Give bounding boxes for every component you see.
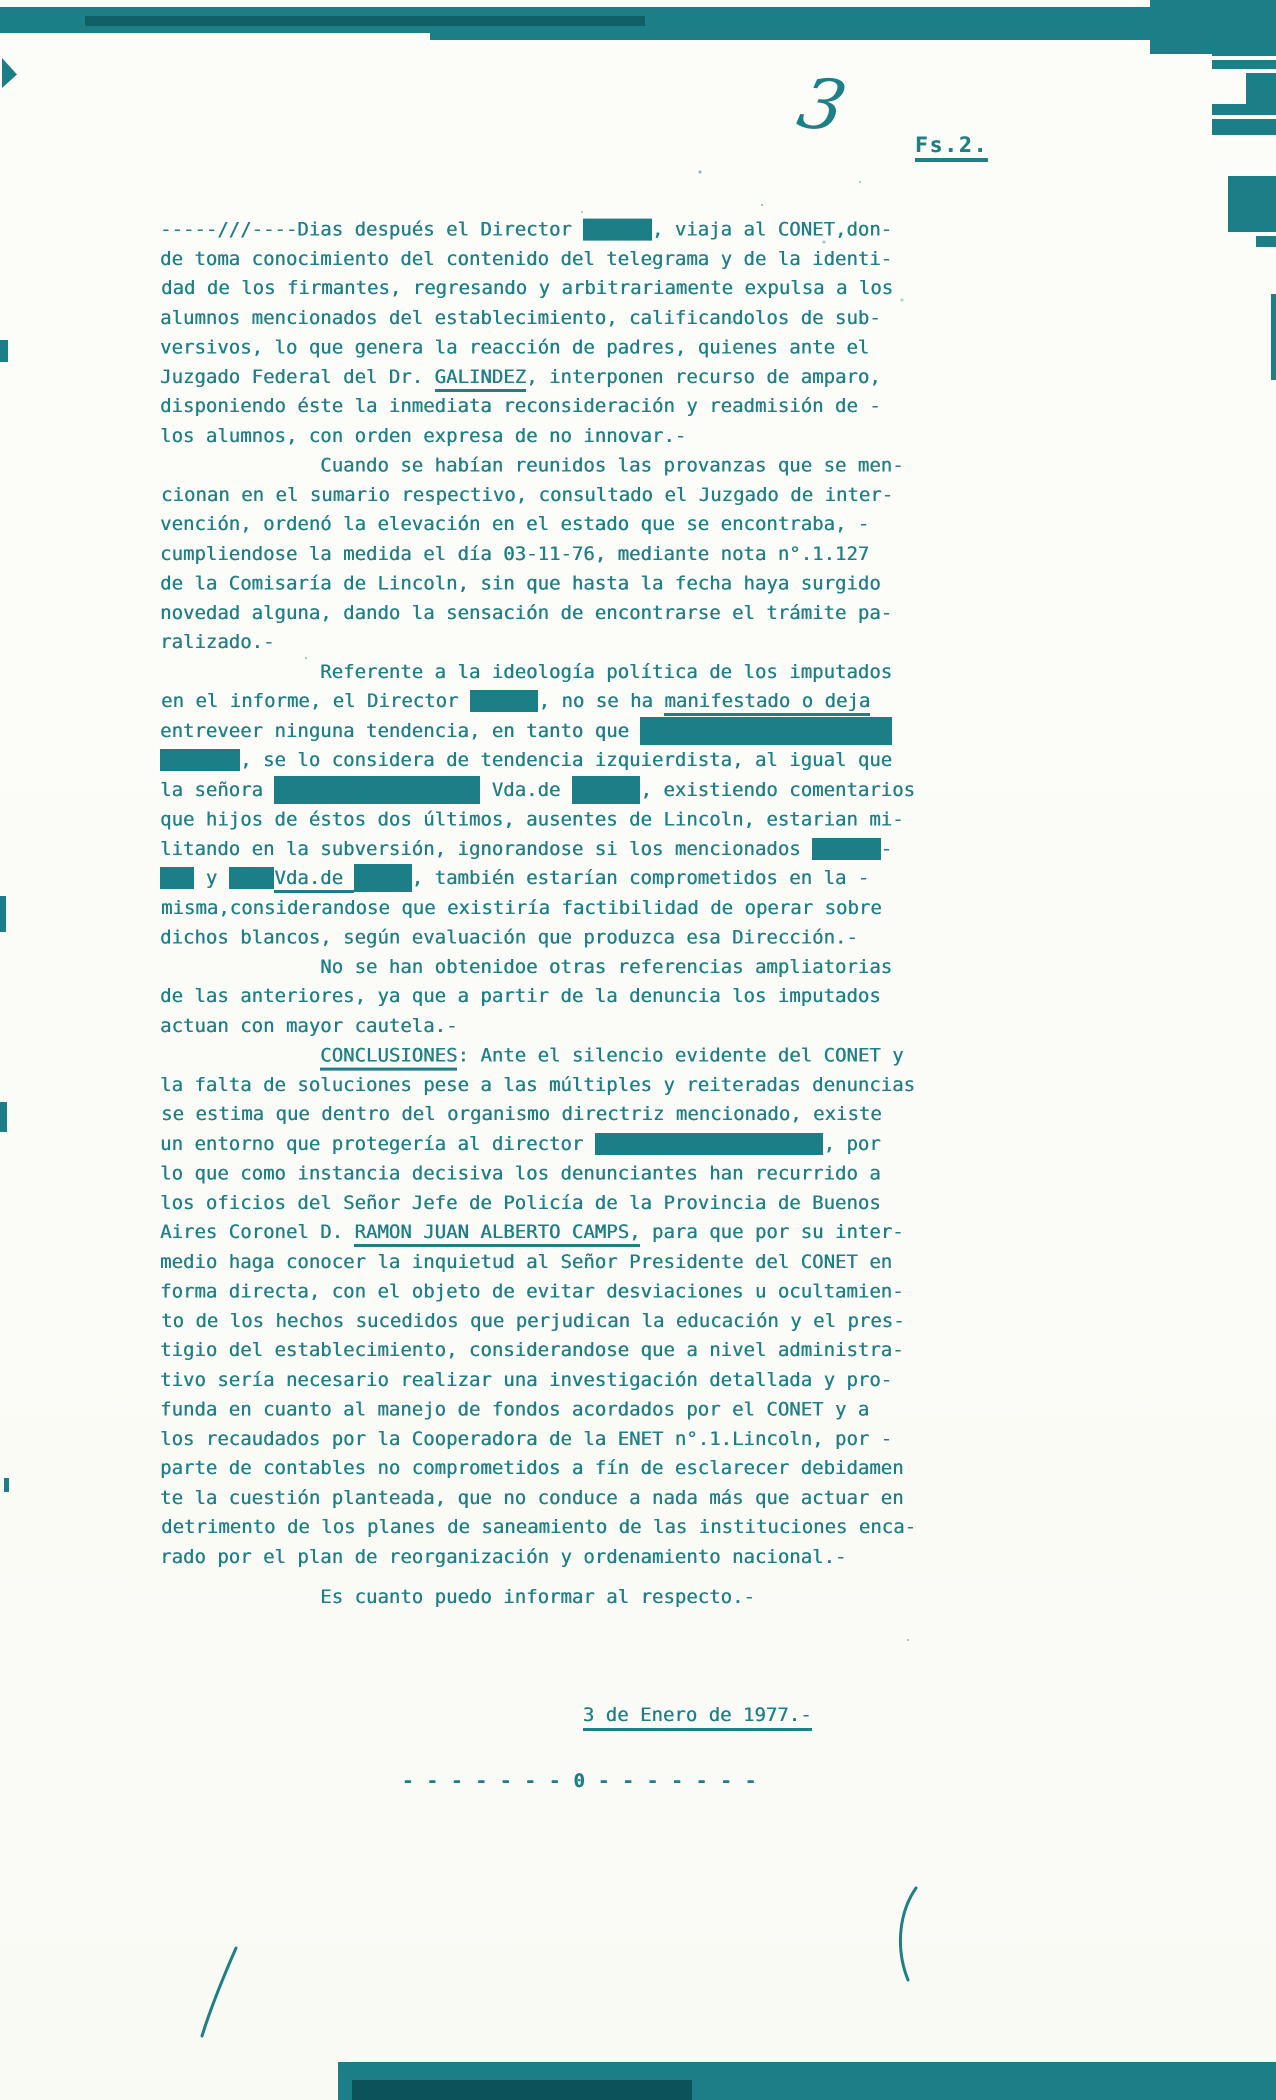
- text-line: se estima que dentro del organismo direc…: [161, 1100, 951, 1130]
- text-segment: tivo sería necesario realizar una invest…: [160, 1369, 892, 1391]
- text-line: Aires Coronel D. RAMON JUAN ALBERTO CAMP…: [160, 1218, 950, 1248]
- text-line: misma,considerandose que existiría facti…: [161, 894, 951, 924]
- document-body: -----///----Dias después el Director , v…: [160, 215, 950, 1572]
- text-segment: detrimento de los planes de saneamiento …: [161, 1516, 916, 1538]
- text-line: de las anteriores, ya que a partir de la…: [160, 982, 950, 1012]
- redaction-bar: [812, 838, 881, 860]
- text-line: No se han obtenidoe otras referencias am…: [160, 953, 950, 983]
- text-segment: te la cuestión planteada, que no conduce…: [160, 1487, 904, 1509]
- text-line: litando en la subversión, ignorandose si…: [160, 835, 950, 865]
- date-line: 3 de Enero de 1977.-: [537, 1671, 812, 1760]
- redaction-bar: [229, 867, 275, 889]
- text-segment: Cuando se habían reunidos las provanzas …: [160, 455, 904, 477]
- text-segment: disponiendo éste la inmediata reconsider…: [160, 395, 881, 417]
- text-line: rado por el plan de reorganización y ord…: [160, 1543, 950, 1573]
- text-segment: Vda.de: [480, 779, 572, 801]
- text-segment: alumnos mencionados del establecimiento,…: [160, 307, 881, 329]
- text-segment: , también estarían comprometidos en la -: [412, 867, 870, 889]
- text-segment: la señora: [160, 779, 274, 801]
- text-line: forma directa, con el objeto de evitar d…: [160, 1278, 950, 1308]
- text-segment: , se lo considera de tendencia izquierdi…: [240, 749, 892, 771]
- text-segment: de las anteriores, ya que a partir de la…: [160, 985, 881, 1007]
- text-segment: Vda.de: [274, 867, 354, 893]
- text-segment: actuan con mayor cautela.-: [160, 1015, 457, 1037]
- text-line: de toma conocimiento del contenido del t…: [160, 245, 950, 275]
- text-line: dichos blancos, según evaluación que pro…: [160, 924, 950, 954]
- text-line: cionan en el sumario respectivo, consult…: [161, 481, 951, 511]
- text-segment: Aires Coronel D.: [160, 1221, 354, 1243]
- handwritten-slash-mark: [196, 1944, 240, 2040]
- text-line: tigio del establecimiento, considerandos…: [160, 1336, 950, 1366]
- text-segment: manifestado o deja: [664, 690, 870, 716]
- text-segment: medio haga conocer la inquietud al Señor…: [160, 1251, 892, 1273]
- text-line: actuan con mayor cautela.-: [160, 1012, 950, 1042]
- redaction-bar: [274, 776, 480, 804]
- text-segment: : Ante el silencio evidente del CONET y: [457, 1045, 903, 1067]
- text-segment: los oficios del Señor Jefe de Policía de…: [160, 1192, 881, 1214]
- text-line: entreveer ninguna tendencia, en tanto qu…: [160, 717, 950, 747]
- text-segment: los recaudados por la Cooperadora de la …: [160, 1428, 892, 1450]
- text-segment: ralizado.-: [160, 631, 274, 653]
- text-segment: litando en la subversión, ignorandose si…: [160, 838, 812, 860]
- text-segment: -----///----Dias después el Director: [160, 219, 583, 241]
- text-line: ralizado.-: [160, 628, 950, 658]
- text-line: y Vda.de , también estarían comprometido…: [160, 864, 950, 894]
- text-line: disponiendo éste la inmediata reconsider…: [160, 392, 950, 422]
- text-line: funda en cuanto al manejo de fondos acor…: [160, 1396, 950, 1426]
- text-segment: los alumnos, con orden expresa de no inn…: [160, 425, 686, 447]
- text-segment: de la Comisaría de Lincoln, sin que hast…: [160, 573, 881, 595]
- text-line: novedad alguna, dando la sensación de en…: [160, 599, 950, 629]
- text-line: Referente a la ideología política de los…: [160, 658, 950, 688]
- text-line: CONCLUSIONES: Ante el silencio evidente …: [160, 1042, 950, 1072]
- text-segment: dad de los firmantes, regresando y arbit…: [161, 277, 893, 299]
- text-segment: para que por su inter-: [640, 1221, 903, 1243]
- redaction-bar: [572, 776, 641, 804]
- text-line: Juzgado Federal del Dr. GALINDEZ, interp…: [160, 363, 950, 393]
- text-segment: Juzgado Federal del Dr.: [160, 366, 435, 388]
- text-line: lo que como instancia decisiva los denun…: [160, 1160, 950, 1190]
- text-line: la señora Vda.de , existiendo comentario…: [160, 776, 950, 806]
- text-segment: entreveer ninguna tendencia, en tanto qu…: [160, 720, 640, 742]
- text-line: los oficios del Señor Jefe de Policía de…: [160, 1189, 950, 1219]
- date-text: 3 de Enero de 1977.-: [583, 1704, 812, 1731]
- folio-label: Fs.2.: [915, 133, 988, 162]
- text-segment: -: [881, 838, 892, 860]
- redaction-bar: [470, 690, 539, 712]
- text-segment: dichos blancos, según evaluación que pro…: [160, 927, 858, 949]
- text-segment: se estima que dentro del organismo direc…: [161, 1103, 882, 1125]
- text-segment: funda en cuanto al manejo de fondos acor…: [160, 1399, 869, 1421]
- text-line: , se lo considera de tendencia izquierdi…: [160, 746, 950, 776]
- text-line: un entorno que protegería al director , …: [160, 1130, 950, 1160]
- text-line: versivos, lo que genera la reacción de p…: [160, 334, 950, 364]
- text-line: alumnos mencionados del establecimiento,…: [160, 304, 950, 334]
- text-segment: rado por el plan de reorganización y ord…: [160, 1546, 846, 1568]
- text-segment: GALINDEZ: [435, 366, 527, 392]
- text-segment: parte de contables no comprometidos a fí…: [160, 1457, 904, 1479]
- text-segment: que hijos de éstos dos últimos, ausentes…: [160, 809, 904, 831]
- text-segment: novedad alguna, dando la sensación de en…: [160, 602, 892, 624]
- redaction-bar: [583, 219, 652, 241]
- text-segment: y: [194, 867, 228, 889]
- text-segment: , viaja al CONET,don-: [652, 219, 892, 241]
- text-line: cumpliendose la medida el día 03-11-76, …: [160, 540, 950, 570]
- text-segment: , existiendo comentarios: [640, 779, 915, 801]
- text-segment: forma directa, con el objeto de evitar d…: [160, 1281, 904, 1303]
- redaction-bar: [160, 867, 194, 889]
- text-segment: vención, ordenó la elevación en el estad…: [160, 513, 869, 535]
- redaction-bar: [160, 749, 240, 771]
- text-segment: [160, 1045, 320, 1067]
- text-line: dad de los firmantes, regresando y arbit…: [161, 274, 951, 304]
- text-segment: , interponen recurso de amparo,: [526, 366, 881, 388]
- text-line: que hijos de éstos dos últimos, ausentes…: [160, 806, 950, 836]
- text-segment: , no se ha: [538, 690, 664, 712]
- text-segment: tigio del establecimiento, considerandos…: [160, 1339, 904, 1361]
- text-segment: No se han obtenidoe otras referencias am…: [160, 956, 892, 978]
- text-segment: la falta de soluciones pese a las múltip…: [160, 1074, 915, 1096]
- text-line: tivo sería necesario realizar una invest…: [160, 1366, 950, 1396]
- text-segment: , por: [823, 1133, 880, 1155]
- text-line: los recaudados por la Cooperadora de la …: [160, 1425, 950, 1455]
- separator-line: - - - - - - - 0 - - - - - - -: [402, 1770, 757, 1792]
- redaction-bar: [354, 864, 411, 892]
- text-line: to de los hechos sucedidos que perjudica…: [161, 1307, 951, 1337]
- text-segment: misma,considerandose que existiría facti…: [161, 897, 882, 919]
- text-segment: de toma conocimiento del contenido del t…: [160, 248, 892, 270]
- text-segment: versivos, lo que genera la reacción de p…: [160, 337, 869, 359]
- text-line: parte de contables no comprometidos a fí…: [160, 1454, 950, 1484]
- text-line: la falta de soluciones pese a las múltip…: [160, 1071, 950, 1101]
- text-segment: RAMON JUAN ALBERTO CAMPS,: [354, 1221, 640, 1247]
- text-line: en el informe, el Director , no se ha ma…: [161, 687, 951, 717]
- text-line: detrimento de los planes de saneamiento …: [161, 1513, 951, 1543]
- text-segment: to de los hechos sucedidos que perjudica…: [161, 1310, 905, 1332]
- text-line: te la cuestión planteada, que no conduce…: [160, 1484, 950, 1514]
- redaction-bar: [640, 717, 892, 745]
- text-segment: CONCLUSIONES: [320, 1045, 457, 1071]
- text-line: de la Comisaría de Lincoln, sin que hast…: [160, 570, 950, 600]
- document-page: Fs.2. 3 -----///----Dias después el Dire…: [0, 0, 1276, 2100]
- redaction-bar: [595, 1133, 824, 1155]
- text-segment: cumpliendose la medida el día 03-11-76, …: [160, 543, 869, 565]
- text-line: medio haga conocer la inquietud al Señor…: [160, 1248, 950, 1278]
- text-line: los alumnos, con orden expresa de no inn…: [160, 422, 950, 452]
- text-line: Cuando se habían reunidos las provanzas …: [160, 452, 950, 482]
- text-line: vención, ordenó la elevación en el estad…: [160, 510, 950, 540]
- handwritten-paren-mark: [888, 1884, 924, 1984]
- text-segment: Referente a la ideología política de los…: [160, 661, 892, 683]
- closing-line: Es cuanto puedo informar al respecto.-: [160, 1583, 755, 1613]
- text-segment: un entorno que protegería al director: [160, 1133, 595, 1155]
- text-segment: en el informe, el Director: [161, 690, 470, 712]
- text-line: -----///----Dias después el Director , v…: [160, 216, 950, 246]
- text-segment: lo que como instancia decisiva los denun…: [160, 1163, 881, 1185]
- text-segment: cionan en el sumario respectivo, consult…: [161, 484, 893, 506]
